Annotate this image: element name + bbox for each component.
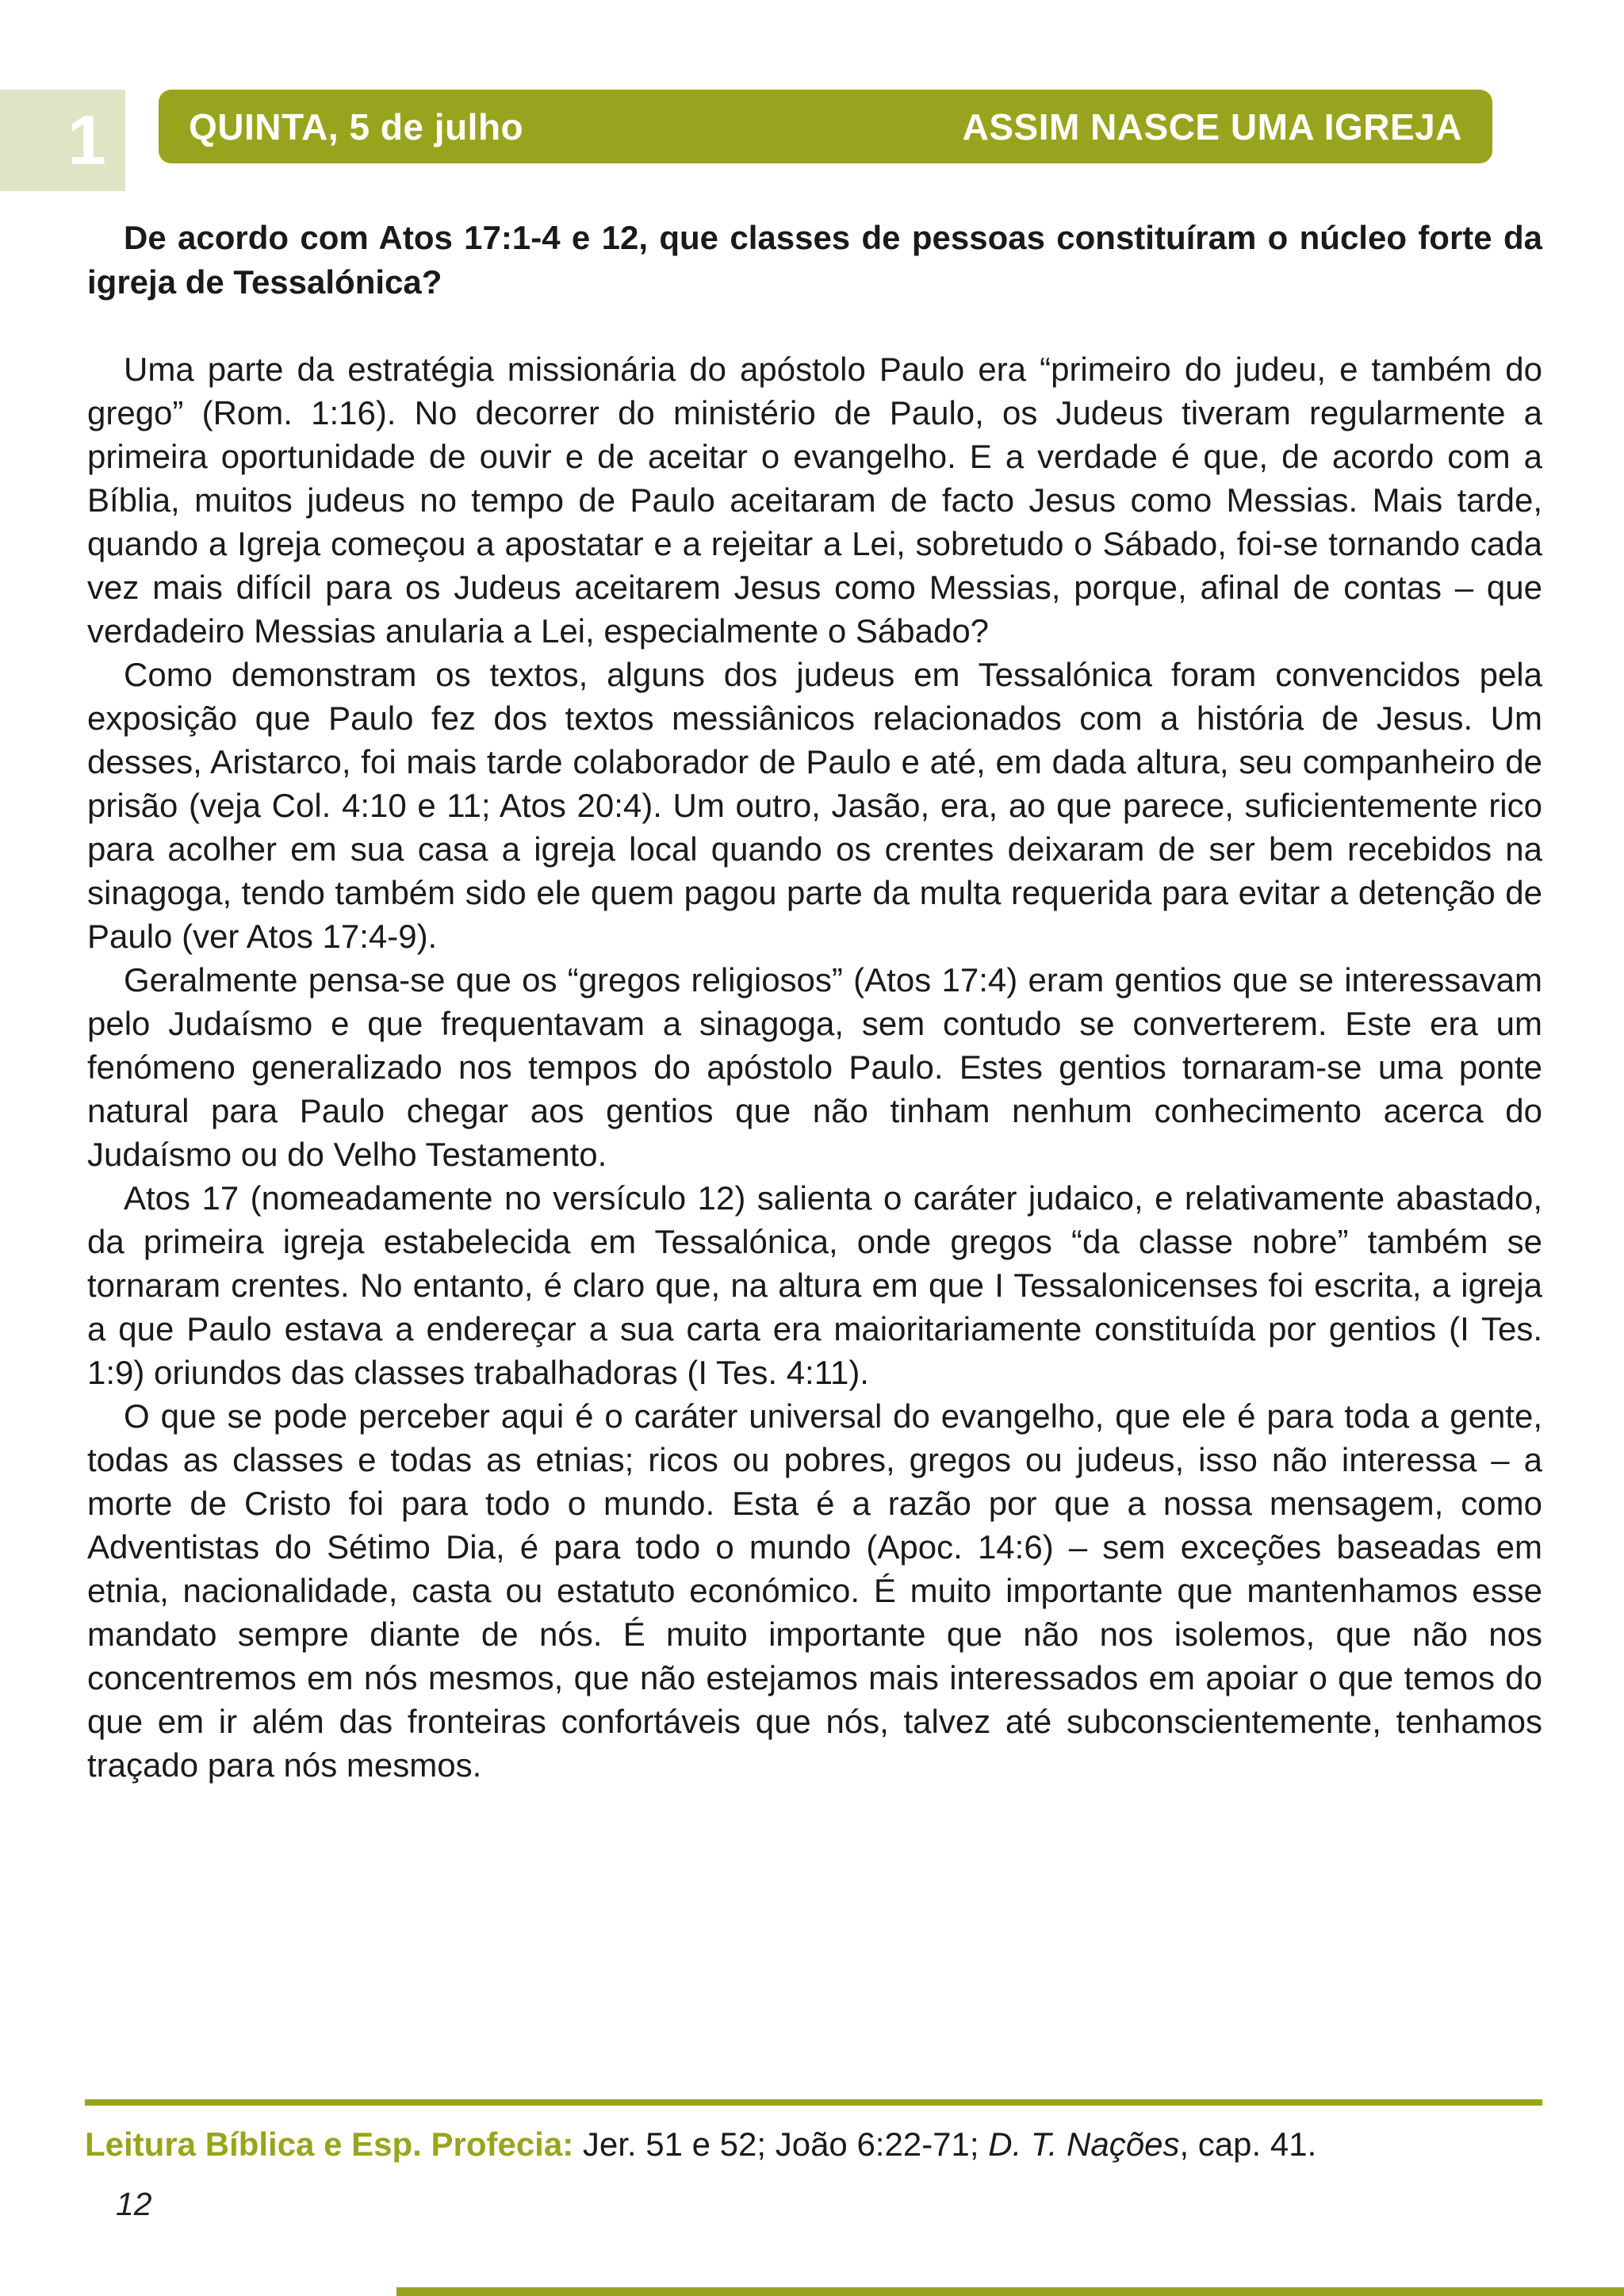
header-bar: QUINTA, 5 de julho ASSIM NASCE UMA IGREJ…: [159, 90, 1492, 163]
footer-divider: [85, 2099, 1542, 2106]
header-day: QUINTA, 5 de julho: [189, 105, 523, 148]
lesson-number: 1: [67, 105, 106, 175]
paragraph-2: Como demonstram os textos, alguns dos ju…: [87, 653, 1542, 958]
study-question: De acordo com Atos 17:1-4 e 12, que clas…: [87, 216, 1542, 305]
footer-reading-chapter: , cap. 41.: [1179, 2125, 1316, 2163]
footer-reading-book: D. T. Nações: [988, 2125, 1179, 2163]
paragraph-5: O que se pode perceber aqui é o caráter …: [87, 1394, 1542, 1787]
paragraph-1: Uma parte da estratégia missionária do a…: [87, 347, 1542, 653]
paragraph-4: Atos 17 (nomeadamente no versículo 12) s…: [87, 1176, 1542, 1394]
lesson-body: Uma parte da estratégia missionária do a…: [87, 347, 1542, 1787]
footer-reading: Leitura Bíblica e Esp. Profecia: Jer. 51…: [85, 2124, 1542, 2165]
footer-reading-label: Leitura Bíblica e Esp. Profecia:: [85, 2125, 573, 2163]
header-title: ASSIM NASCE UMA IGREJA: [963, 105, 1462, 148]
bottom-green-band: [396, 2287, 1624, 2296]
page-number: 12: [116, 2186, 152, 2223]
footer-reading-refs: Jer. 51 e 52; João 6:22-71;: [573, 2125, 988, 2163]
paragraph-3: Geralmente pensa-se que os “gregos relig…: [87, 958, 1542, 1176]
lesson-page: 1 QUINTA, 5 de julho ASSIM NASCE UMA IGR…: [0, 0, 1624, 2296]
lesson-number-tab: 1: [0, 90, 125, 191]
